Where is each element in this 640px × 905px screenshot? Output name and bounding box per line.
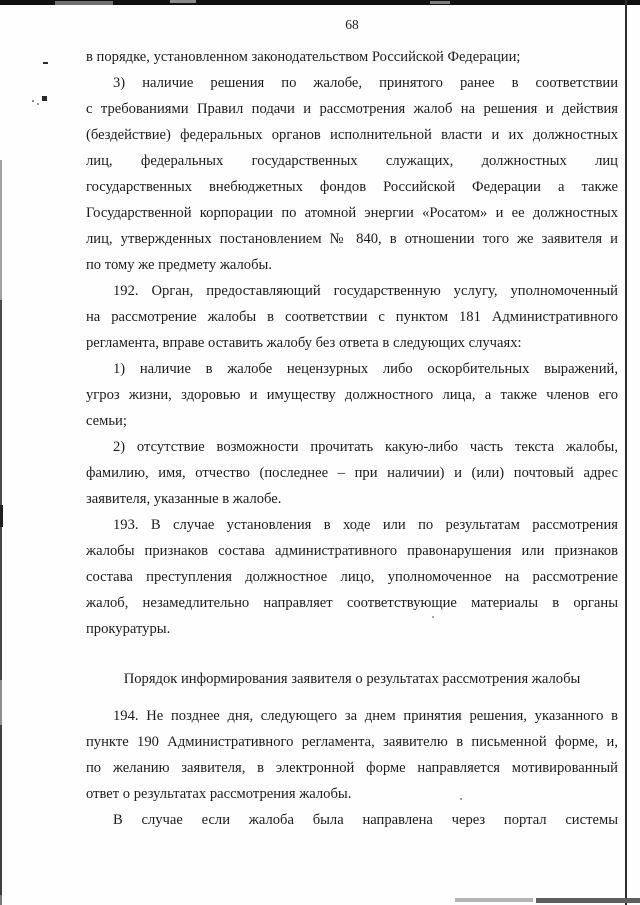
text-line: 193. В случае установления в ходе или по…: [86, 512, 618, 538]
text-line: 194. Не позднее дня, следующего за днем …: [86, 703, 618, 729]
text-line: на рассмотрение жалобы в соответствии с …: [86, 304, 618, 330]
page-number: 68: [86, 17, 618, 33]
scan-edge-top-highlight: [430, 1, 450, 4]
scanned-document-page: 68 в порядке, установленном законодатель…: [0, 0, 640, 905]
text-line: семьи;: [86, 408, 618, 434]
scan-edge-top-highlight: [55, 1, 113, 5]
text-line: ответ о результатах рассмотрения жалобы.: [86, 781, 618, 807]
scan-speckle: [42, 96, 47, 101]
text-line: по тому же предмету жалобы.: [86, 252, 618, 278]
text-line: прокуратуры.: [86, 616, 618, 642]
text-line: жалобы признаков состава административно…: [86, 538, 618, 564]
text-line: по желанию заявителя, в электронной форм…: [86, 755, 618, 781]
section-heading: Порядок информирования заявителя о резул…: [86, 666, 618, 692]
text-line: состава преступления должностное лицо, у…: [86, 564, 618, 590]
text-line: лиц, федеральных государственных служащи…: [86, 148, 618, 174]
scan-speckle: [32, 100, 34, 102]
text-line: угроз жизни, здоровью и имуществу должно…: [86, 382, 618, 408]
text-line: 2) отсутствие возможности прочитать каку…: [86, 434, 618, 460]
text-line: пункте 190 Административного регламента,…: [86, 729, 618, 755]
scan-edge-left: [0, 160, 2, 300]
scan-edge-left: [0, 680, 2, 725]
scan-edge-left: [0, 725, 2, 895]
text-line: лиц, утвержденных постановлением № 840, …: [86, 226, 618, 252]
scan-mark-bottom: [536, 898, 640, 903]
text-line: регламента, вправе оставить жалобу без о…: [86, 330, 618, 356]
scan-edge-left: [0, 505, 3, 527]
text-line: государственных внебюджетных фондов Росс…: [86, 174, 618, 200]
scan-edge-left: [0, 895, 2, 905]
scan-edge-right: [625, 0, 627, 905]
text-line: В случае если жалоба была направлена чер…: [86, 807, 618, 833]
document-text: в порядке, установленном законодательств…: [86, 44, 618, 833]
text-line: 192. Орган, предоставляющий государствен…: [86, 278, 618, 304]
text-line: (бездействие) федеральных органов исполн…: [86, 122, 618, 148]
text-line: с требованиями Правил подачи и рассмотре…: [86, 96, 618, 122]
scan-edge-left: [0, 300, 2, 505]
text-line: заявителя, указанные в жалобе.: [86, 486, 618, 512]
scan-edge-top-highlight: [170, 0, 196, 3]
text-line: жалоб, незамедлительно направляет соотве…: [86, 590, 618, 616]
text-line: 3) наличие решения по жалобе, принятого …: [86, 70, 618, 96]
scan-edge-left: [0, 527, 2, 680]
scan-mark-bottom: [455, 898, 533, 902]
text-line: в порядке, установленном законодательств…: [86, 44, 618, 70]
scan-speckle: [43, 62, 48, 64]
text-line: Государственной корпорации по атомной эн…: [86, 200, 618, 226]
text-line: фамилию, имя, отчество (последнее – при …: [86, 460, 618, 486]
text-line: 1) наличие в жалобе нецензурных либо оск…: [86, 356, 618, 382]
scan-speckle: [37, 103, 39, 105]
